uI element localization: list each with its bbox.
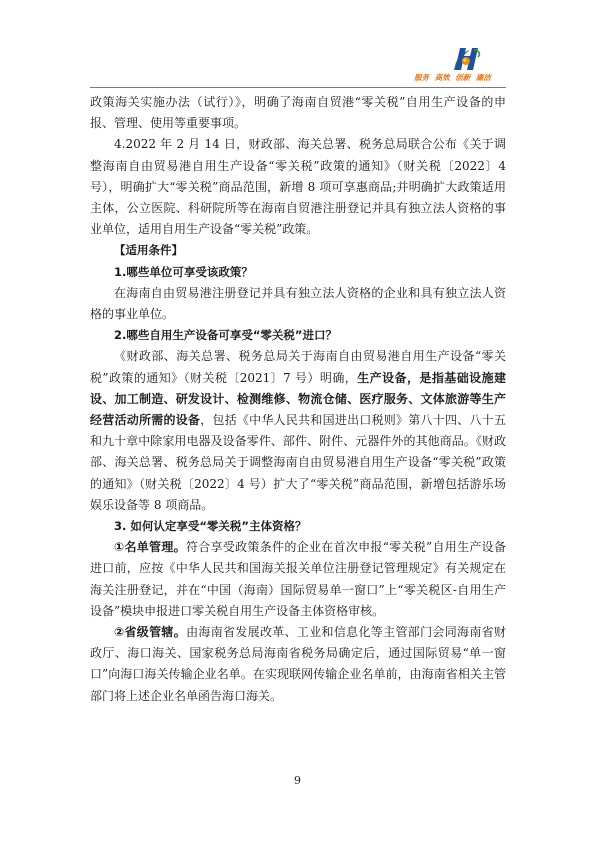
slogan-word: 廉洁 xyxy=(476,73,491,82)
answer-3-list-management: ①名单管理。符合享受政策条件的企业在首次申报“零关税”自用生产设备进口前，应按《… xyxy=(90,537,506,622)
slogan-word: 高效 xyxy=(435,73,450,82)
header-slogan: 服务 高效 创新 廉洁 xyxy=(414,72,510,83)
slogan-word: 创新 xyxy=(455,73,470,82)
question-3: 3. 如何认定享受“零关税”主体资格？ xyxy=(90,516,506,537)
answer-3-1-label: ①名单管理。 xyxy=(114,540,186,554)
answer-3-provincial-jurisdiction: ②省级管辖。由海南省发展改革、工业和信息化等主管部门会同海南省财政厅、海口海关、… xyxy=(90,622,506,707)
answer-1: 在海南自由贸易港注册登记并具有独立法人资格的企业和具有独立法人资格的事业单位。 xyxy=(90,283,506,325)
header-logo: 服务 高效 创新 廉洁 xyxy=(414,40,510,84)
section-heading: 【适用条件】 xyxy=(90,240,506,261)
question-1: 1.哪些单位可享受该政策？ xyxy=(90,262,506,283)
customs-h-emblem-icon xyxy=(452,44,482,72)
answer-3-2-label: ②省级管辖。 xyxy=(114,625,186,639)
document-body: 政策海关实施办法（试行）》，明确了海南自贸港“零关税”自用生产设备的申报、管理、… xyxy=(90,92,506,707)
page-number: 9 xyxy=(0,774,595,787)
answer-2: 《财政部、海关总署、税务总局关于海南自由贸易港自用生产设备“零关税”政策的通知》… xyxy=(90,346,506,516)
header-divider xyxy=(90,87,506,88)
question-2: 2.哪些自用生产设备可享受“零关税”进口？ xyxy=(90,325,506,346)
paragraph-item-4: 4.2022 年 2 月 14 日，财政部、海关总署、税务总局联合公布《关于调整… xyxy=(90,134,506,240)
slogan-word: 服务 xyxy=(414,73,429,82)
answer-2-detail: ，包括《中华人民共和国进出口税则》第八十四、八十五和九十章中除家用电器及设备零件… xyxy=(90,413,506,512)
paragraph-continuation: 政策海关实施办法（试行）》，明确了海南自贸港“零关税”自用生产设备的申报、管理、… xyxy=(90,92,506,134)
